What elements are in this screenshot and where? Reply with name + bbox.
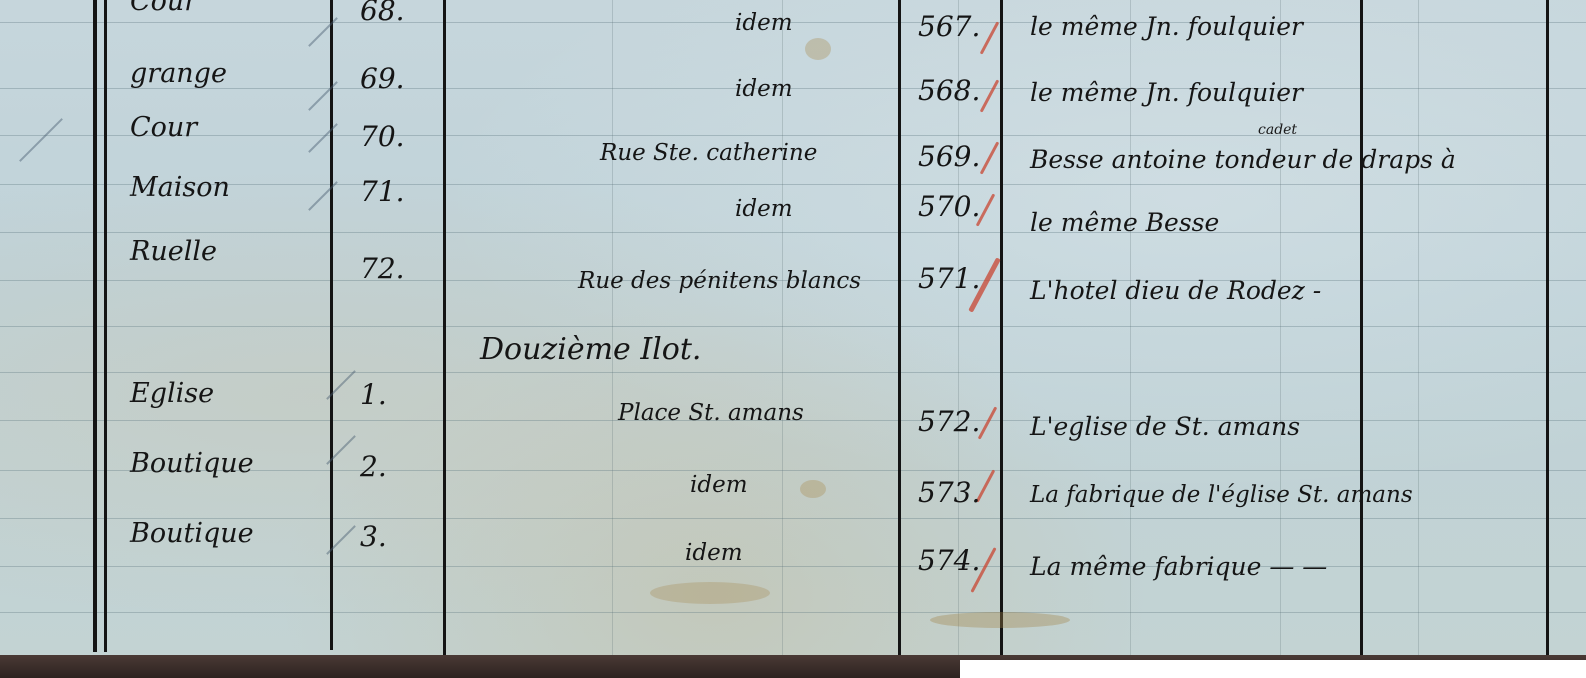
location-cell: idem [735,196,793,222]
ilot-number-cell: 3. [360,520,387,553]
owner-cell: le même Besse [1030,208,1219,237]
nature-cell: Ruelle [130,236,217,267]
owner-cell: le même Jn. foulquier [1030,78,1303,107]
interlinear-annotation: cadet [1258,122,1297,138]
location-cell: idem [735,76,793,102]
ruled-line [0,88,1586,89]
parcel-number-cell: 572. [918,405,980,438]
owner-cell: L'hotel dieu de Rodez - [1030,276,1321,305]
ilot-number-cell: 70. [360,120,405,153]
ruled-line [0,232,1586,233]
owner-cell: le même Jn. foulquier [1030,12,1303,41]
ink-stain [800,480,826,498]
parcel-number-cell: 574. [918,544,980,577]
owner-cell: La fabrique de l'église St. amans [1030,482,1413,508]
column-rule [898,0,901,655]
column-rule [1546,0,1549,655]
ruled-line [0,372,1586,373]
pencil-check-mark [308,123,338,153]
column-rule [1360,0,1363,655]
pencil-mark-margin [19,118,63,162]
pencil-check-mark [308,81,338,111]
ink-stain [805,38,831,60]
parcel-number-cell: 573. [918,476,980,509]
nature-cell: Cour [130,0,197,17]
parcel-number-cell: 571. [918,262,980,295]
nature-cell: Boutique [130,448,254,479]
parcel-number-cell: 570. [918,190,980,223]
water-stain [930,612,1070,628]
owner-cell: L'eglise de St. amans [1030,412,1300,441]
parcel-number-cell: 569. [918,140,980,173]
column-rule [1000,0,1003,655]
red-check-mark [978,406,998,439]
water-stain [650,582,770,604]
ilot-number-cell: 71. [360,175,405,208]
location-cell: Rue des pénitens blancs [578,268,861,294]
pencil-check-mark [308,181,338,211]
column-rule-double-left [93,0,97,652]
location-cell: idem [690,472,748,498]
column-rule [330,0,333,650]
nature-cell: Boutique [130,518,254,549]
ilot-number-cell: 1. [360,378,387,411]
nature-cell: Cour [130,112,197,143]
column-rule-double-right [104,0,107,652]
owner-cell: La même fabrique — — [1030,552,1327,581]
ruled-line [0,184,1586,185]
location-cell: Rue Ste. catherine [600,140,817,166]
ruled-line [0,135,1586,136]
ilot-number-cell: 69. [360,62,405,95]
ruled-line [0,612,1586,613]
ilot-number-cell: 2. [360,450,387,483]
location-cell: idem [735,10,793,36]
ruled-line [0,326,1586,327]
red-check-mark [980,21,1000,54]
column-rule [443,0,446,655]
location-cell: idem [685,540,743,566]
red-check-mark [980,79,1000,112]
red-check-mark [980,141,1000,174]
nature-cell: Eglise [130,378,214,409]
ilot-number-cell: 68. [360,0,405,27]
parcel-number-cell: 568. [918,74,980,107]
parcel-number-cell: 567. [918,10,980,43]
ruled-line [0,566,1586,567]
register-page: Cour 68. idem 567. le même Jn. foulquier… [0,0,1586,660]
location-cell: Place St. amans [618,400,804,426]
faint-column-line [1418,0,1419,655]
nature-cell: grange [130,58,227,89]
owner-cell: Besse antoine tondeur de draps à [1030,145,1456,174]
scan-margin [960,660,1586,678]
nature-cell: Maison [130,172,230,203]
ruled-line [0,22,1586,23]
section-heading: Douzième Ilot. [480,332,701,367]
ilot-number-cell: 72. [360,252,405,285]
faint-column-line [612,0,613,655]
